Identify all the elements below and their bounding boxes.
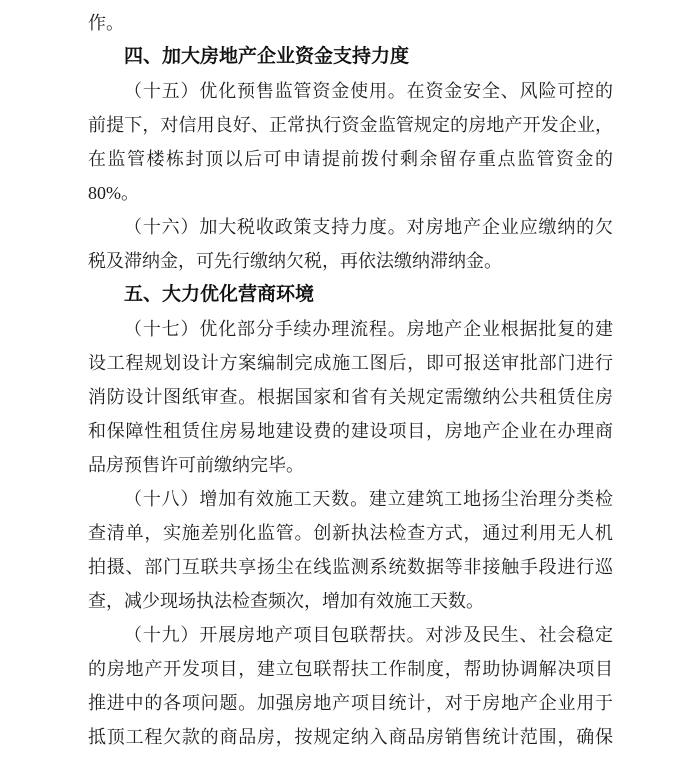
- doc-line: 品房预售许可前缴纳完毕。: [88, 448, 613, 482]
- doc-line: 在监管楼栋封顶以后可申请提前拨付剩余留存重点监管资金的: [88, 142, 613, 176]
- doc-line-item-19: （十九）开展房地产项目包联帮扶。对涉及民生、社会稳定: [88, 618, 613, 652]
- doc-line-item-18: （十八）增加有效施工天数。建立建筑工地扬尘治理分类检: [88, 482, 613, 516]
- doc-line: 拍摄、部门互联共享扬尘在线监测系统数据等非接触手段进行巡: [88, 550, 613, 584]
- doc-line: 推进中的各项问题。加强房地产项目统计，对于房地产企业用于: [88, 686, 613, 720]
- doc-line: 税及滞纳金，可先行缴纳欠税，再依法缴纳滞纳金。: [88, 244, 613, 278]
- doc-line: 设工程规划设计方案编制完成施工图后，即可报送审批部门进行: [88, 346, 613, 380]
- document-content: 作。 四、加大房地产企业资金支持力度 （十五）优化预售监管资金使用。在资金安全、…: [0, 0, 700, 754]
- doc-line: 和保障性租赁住房易地建设费的建设项目，房地产企业在办理商: [88, 414, 613, 448]
- doc-line-item-15: （十五）优化预售监管资金使用。在资金安全、风险可控的: [88, 74, 613, 108]
- doc-line: 的房地产开发项目，建立包联帮扶工作制度，帮助协调解决项目: [88, 652, 613, 686]
- doc-line: 抵顶工程欠款的商品房，按规定纳入商品房销售统计范围，确保: [88, 720, 613, 754]
- doc-line: 作。: [88, 6, 613, 40]
- doc-line: 查，减少现场执法检查频次，增加有效施工天数。: [88, 584, 613, 618]
- doc-line: 80%。: [88, 176, 613, 210]
- section-heading-5: 五、大力优化营商环境: [88, 278, 613, 312]
- doc-line: 消防设计图纸审查。根据国家和省有关规定需缴纳公共租赁住房: [88, 380, 613, 414]
- document-page: 作。 四、加大房地产企业资金支持力度 （十五）优化预售监管资金使用。在资金安全、…: [0, 0, 700, 757]
- doc-line-item-17: （十七）优化部分手续办理流程。房地产企业根据批复的建: [88, 312, 613, 346]
- doc-line: 前提下，对信用良好、正常执行资金监管规定的房地产开发企业，: [88, 108, 613, 142]
- doc-line: 查清单，实施差别化监管。创新执法检查方式，通过利用无人机: [88, 516, 613, 550]
- doc-line-item-16: （十六）加大税收政策支持力度。对房地产企业应缴纳的欠: [88, 210, 613, 244]
- section-heading-4: 四、加大房地产企业资金支持力度: [88, 40, 613, 74]
